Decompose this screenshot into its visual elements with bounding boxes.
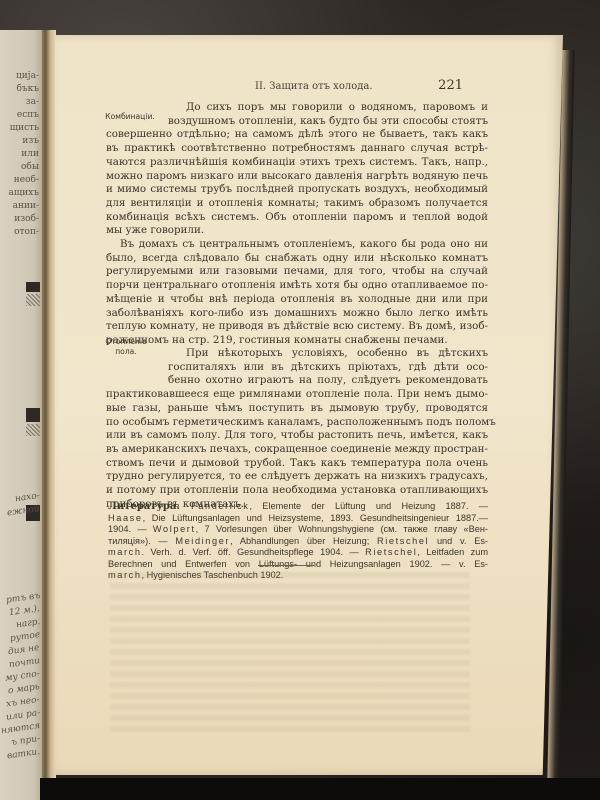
text-line: или въ самомъ полу. Для того, чтобы раст… [106,429,488,443]
text-line: раженномъ на стр. 219, гостиныя комнаты … [106,334,488,348]
show-through-text [110,572,470,732]
text-line: заболѣваніяхъ кого-либо изъ домашнихъ мо… [106,307,488,321]
left-page-hatched-figure [26,424,40,436]
text-line: можно паромъ низкаго или высокаго давлен… [106,170,488,184]
left-page-fragment: ащихъ [8,187,39,200]
section-end-rule [258,565,314,566]
text-line: для вентиляціи и отопленія комнаты; таки… [106,197,488,211]
text-line: комбинація всѣхъ системъ. Объ отопленіи … [106,211,488,225]
reference-text: , Die Lüftungsanlagen und Heizsysteme, 1… [143,513,488,523]
bottom-shadow [40,778,600,800]
text-line: мѣщеніе и чтобы внѣ періода отопленія въ… [106,293,488,307]
text-line: вые газы, раньше чѣмъ поступить въ дымов… [106,402,488,416]
reference-text: 1904. — [108,524,153,534]
left-page-fragment: еспъ [17,109,39,122]
author-name: Rietschel [365,547,417,557]
reference-line: 1904. — Wolpert, 7 Vorlesungen über Wohn… [108,524,488,536]
running-title: II. Защита отъ холода. [255,81,373,92]
left-page-fragment: ција- [16,70,39,83]
left-page-figure-block [26,282,40,292]
book-gutter [42,30,56,800]
text-line: ствомъ печи и дымовой трубой. Такъ какъ … [106,457,488,471]
reference-text: Berechnen und Entwerfen von Lüftungs- un… [108,559,488,569]
paragraph-combinations: До сихъ поръ мы говорили о водяномъ, пар… [106,101,488,238]
text-line: порчи центральнаго отопленія имѣть хотя … [106,279,488,293]
text-line: и мимо системы трубъ послѣдней пропускат… [106,183,488,197]
reference-text: , Elemente der Lüftung und Heizung 1887.… [249,501,488,511]
reference-text: . Verh. d. Verf. öff. Gesundheitspflege … [142,547,366,557]
text-line: чаются различнѣйшія комбинаціи этихъ тре… [106,156,488,170]
text-line: по особымъ герметическимъ каналамъ, расп… [106,416,488,430]
page-number: 221 [438,78,463,93]
left-page-fragment: необ- [14,174,39,187]
left-page-fragment: щисть [10,122,39,135]
left-page-fragment: за- [26,96,39,109]
text-line: регулируемыми или газовыми печами, для т… [106,265,488,279]
text-line: При нѣкоторыхъ условіяхъ, особенно въ дѣ… [106,347,488,361]
left-page-fragment: отоп- [14,226,39,239]
left-page-fragment: ании- [13,200,39,213]
reference-text: , Abhandlungen über Heizung; [230,536,377,546]
author-name: Meidinger [175,536,230,546]
left-page-fragment: или [21,148,39,161]
reference-text: тиляція»). — [108,536,175,546]
running-header: II. Защита отъ холода. 221 [255,78,463,93]
reference-line: Haase, Die Lüftungsanlagen und Heizsyste… [108,513,488,525]
reference-text: , Leitfaden zum [417,547,488,557]
author-name: Wolpert [153,524,196,534]
text-line: бенно охотно играютъ на полу, слѣдуетъ р… [106,374,488,388]
text-line: практиковавшееся еще римлянами отопленіе… [106,388,488,402]
text-line: въ американскихъ печахъ, сокращенное сое… [106,443,488,457]
literature-heading: Литература. [108,501,191,512]
text-line: и потому при отопленіи пола необходима у… [106,484,488,498]
author-name: Fanderlick [191,501,249,511]
left-page-figure-block [26,408,40,422]
paragraph-central-heating: Въ домахъ съ центральнымъ отопленіемъ, к… [106,238,488,348]
literature-references: Литература. Fanderlick, Elemente der Lüf… [108,501,488,582]
text-line: До сихъ поръ мы говорили о водяномъ, пар… [106,101,488,115]
left-page-fragment: бъкъ [17,83,40,96]
text-line: совершенно отдѣльно; на самомъ дѣлѣ этог… [106,128,488,142]
text-line: теплую комнату, не приводя въ дѣйствіе в… [106,320,488,334]
reference-text: , 7 Vorlesungen über Wohnungshygiene (см… [196,524,488,534]
author-name: Rietschel [377,536,429,546]
reference-line: тиляція»). — Meidinger, Abhandlungen übe… [108,536,488,548]
text-line: воздушномъ отопленіи, какъ будто бы эти … [106,115,488,129]
reference-line: march. Verh. d. Verf. öff. Gesundheitspf… [108,547,488,559]
author-name: Haase [108,513,143,523]
facing-left-page: ција-бъкъза-еспъщистьизъилиобынеоб-ащихъ… [0,30,42,800]
left-page-fragment: изъ [22,135,39,148]
left-page-fragment: обы [21,161,39,174]
left-page-fragment: изоб- [14,213,39,226]
text-line: Въ домахъ съ центральнымъ отопленіемъ, к… [106,238,488,252]
text-line: трудно регулируется, то ее слѣдуетъ держ… [106,470,488,484]
author-name: march [108,547,142,557]
text-line: госпиталяхъ или въ дѣтскихъ пріютахъ, гд… [106,361,488,375]
left-page-hatched-figure [26,294,40,306]
text-line: было, всегда слѣдовало бы снабжать одну … [106,252,488,266]
reference-text: und v. Es- [429,536,488,546]
reference-line: Литература. Fanderlick, Elemente der Lüf… [108,501,488,513]
text-line: въ практикѣ соотвѣтственно потребностямъ… [106,142,488,156]
paragraph-floor-heating: При нѣкоторыхъ условіяхъ, особенно въ дѣ… [106,347,488,511]
text-line: мы уже говорили. [106,224,488,238]
